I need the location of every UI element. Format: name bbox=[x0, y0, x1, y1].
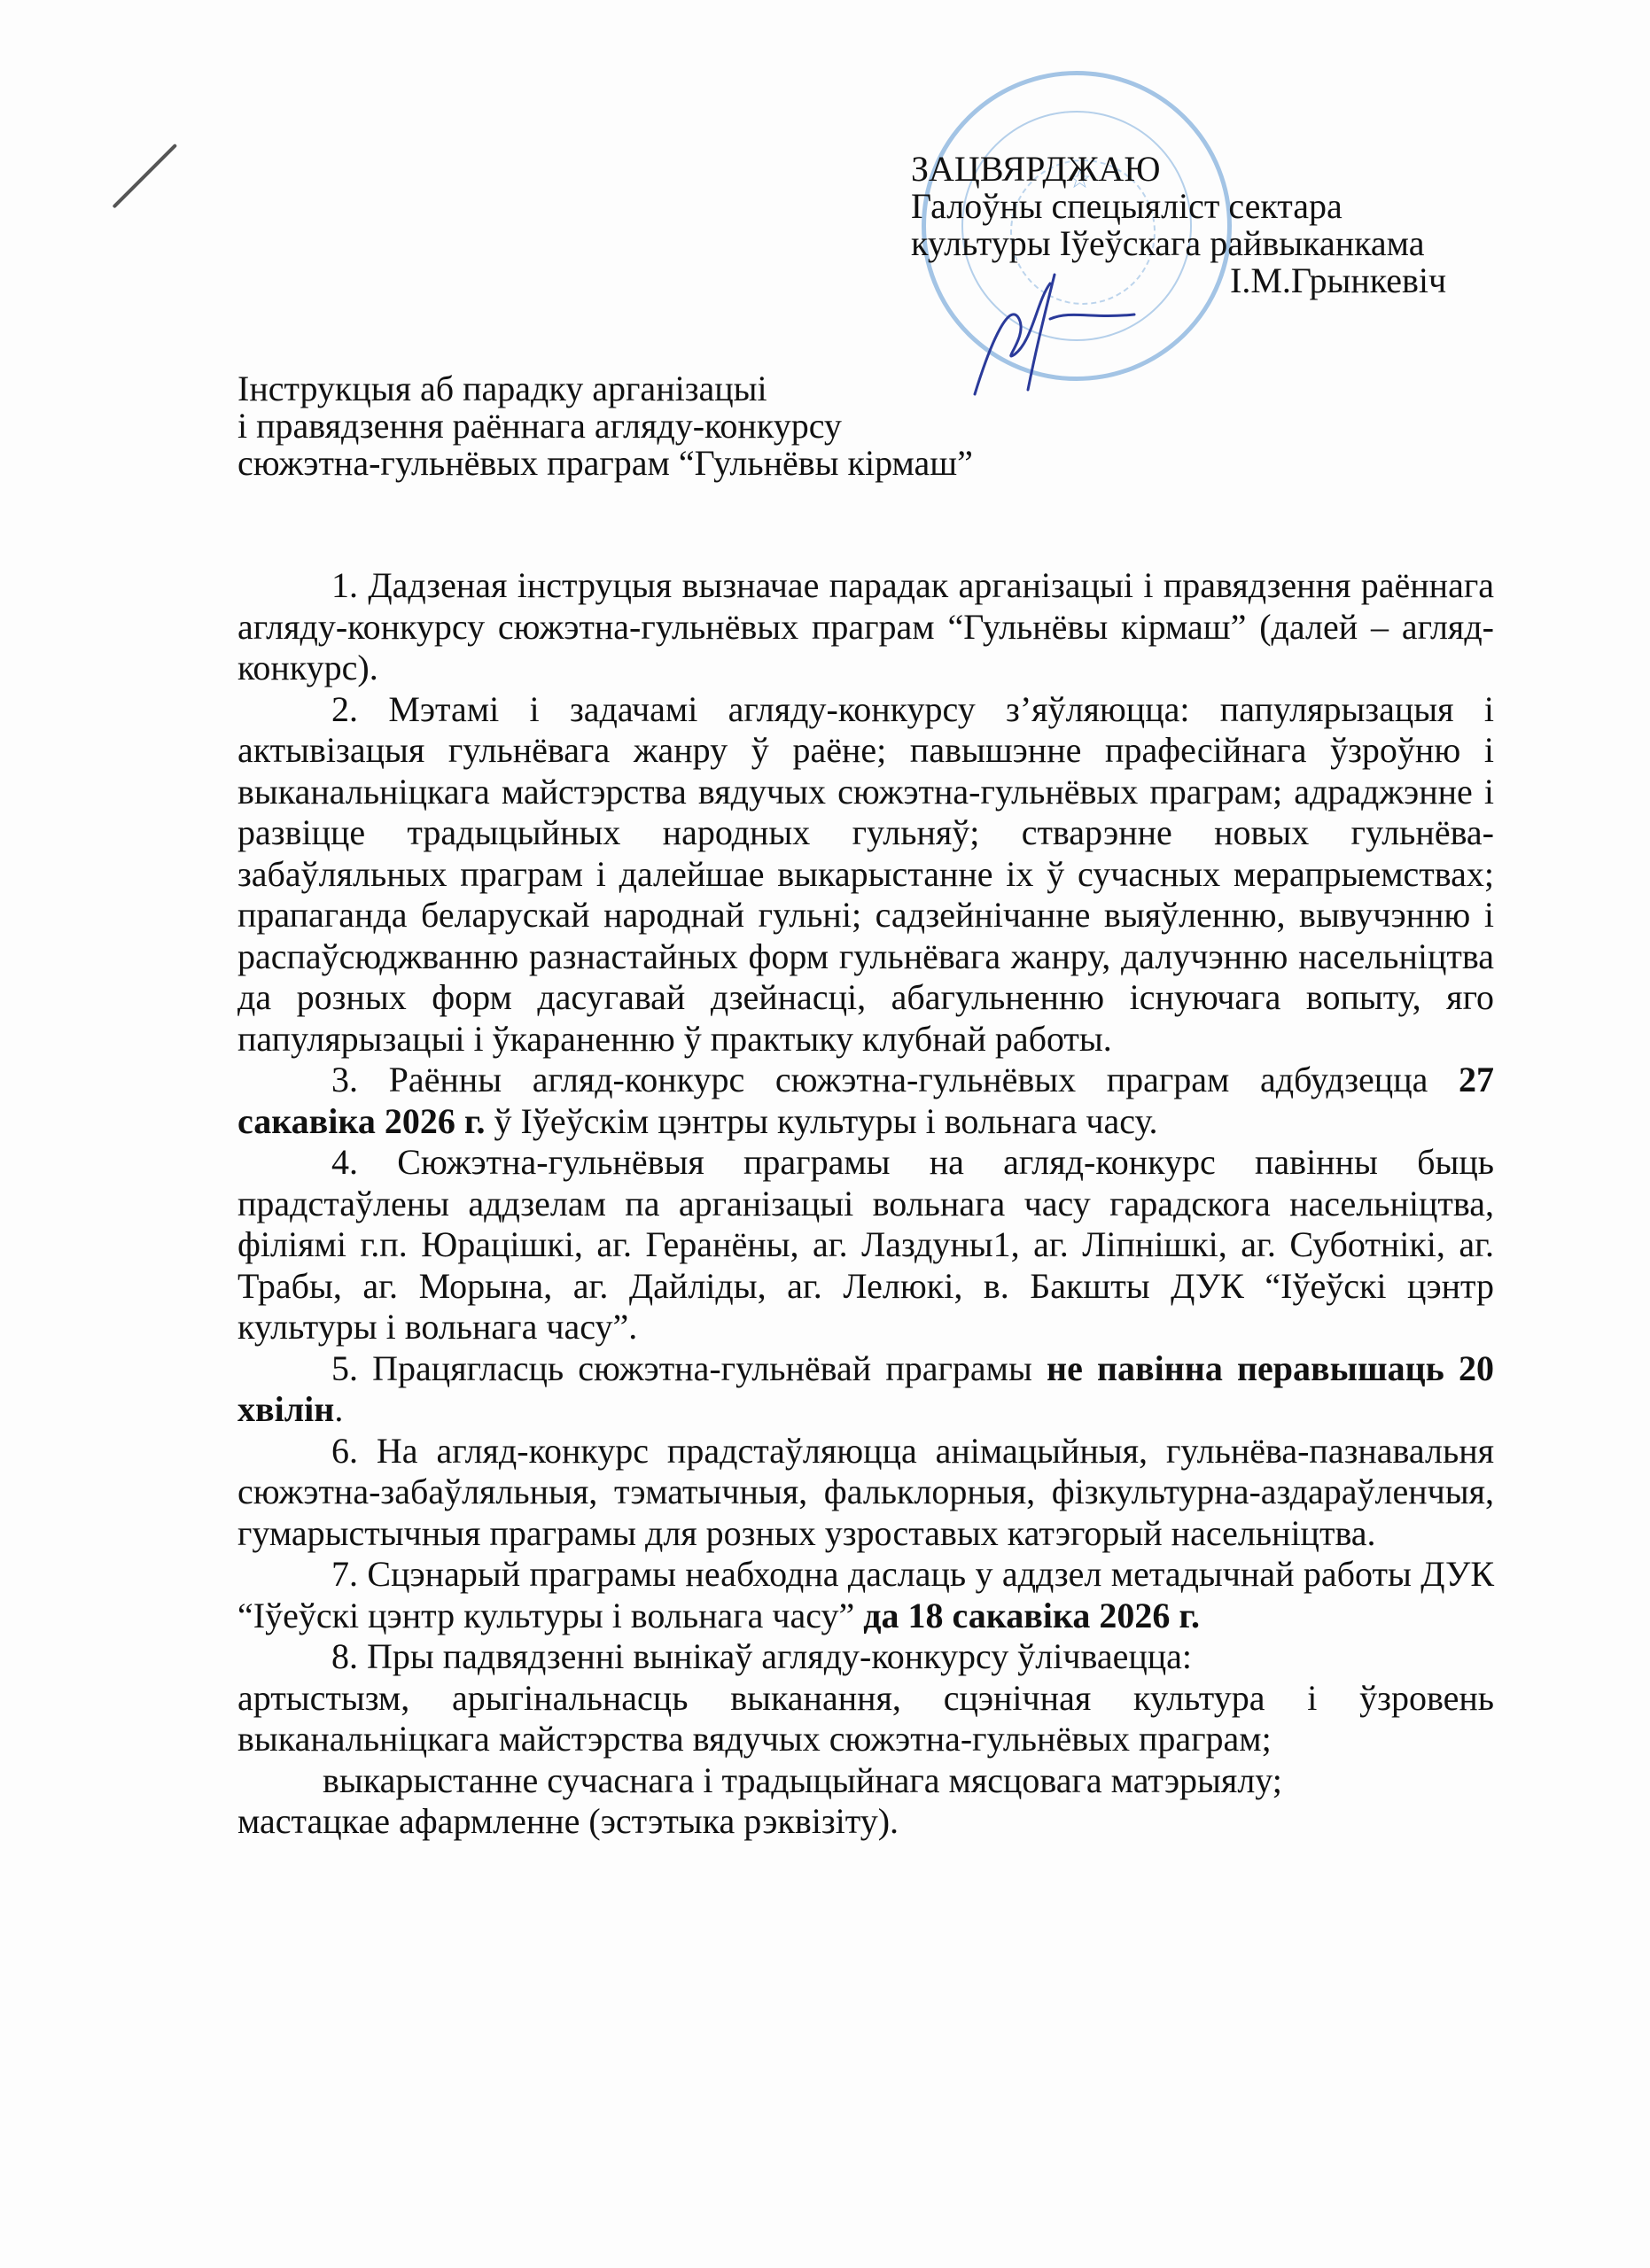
approval-block: ЗАЦВЯРДЖАЮ Галоўны спецыяліст сектара ку… bbox=[911, 151, 1446, 299]
criterion-2: выкарыстанне сучаснага і традыцыйнага мя… bbox=[237, 1760, 1494, 1802]
title-line-1: Інструкцыя аб парадку арганізацыі bbox=[237, 370, 973, 408]
document-page: ☆ ЗАЦВЯРДЖАЮ Галоўны спецыяліст сектара … bbox=[0, 0, 1650, 2268]
criterion-3: мастацкае афармленне (эстэтыка рэквізіту… bbox=[237, 1801, 1494, 1843]
item-1: 1. Дадзеная інструцыя вызначае парадак а… bbox=[237, 565, 1494, 689]
item-2: 2. Мэтамі і задачамі агляду-конкурсу з’я… bbox=[237, 689, 1494, 1060]
document-title: Інструкцыя аб парадку арганізацыі і прав… bbox=[237, 370, 973, 482]
item-4: 4. Сюжэтна-гульнёвыя праграмы на агляд-к… bbox=[237, 1142, 1494, 1348]
item-7-deadline: да 18 сакавіка 2026 г. bbox=[863, 1596, 1200, 1635]
item-7: 7. Сцэнарый праграмы неабходна даслаць у… bbox=[237, 1554, 1494, 1636]
approval-position-line2: культуры Іўеўскага райвыканкама bbox=[911, 225, 1446, 262]
title-line-3: сюжэтна-гульнёвых праграм “Гульнёвы кірм… bbox=[237, 445, 973, 482]
pen-mark bbox=[113, 144, 178, 209]
document-body: 1. Дадзеная інструцыя вызначае парадак а… bbox=[237, 565, 1494, 1843]
title-line-2: і правядзення раённага агляду-конкурсу bbox=[237, 408, 973, 445]
item-6: 6. На агляд-конкурс прадстаўляюцца аніма… bbox=[237, 1431, 1494, 1555]
item-3: 3. Раённы агляд-конкурс сюжэтна-гульнёвы… bbox=[237, 1060, 1494, 1142]
approval-heading: ЗАЦВЯРДЖАЮ bbox=[911, 151, 1446, 188]
approval-position-line1: Галоўны спецыяліст сектара bbox=[911, 188, 1446, 225]
approval-signatory-name: І.М.Грынкевіч bbox=[911, 262, 1446, 299]
criterion-1: артыстызм, арыгінальнасць выканання, сцэ… bbox=[237, 1678, 1494, 1760]
item-5: 5. Працягласць сюжэтна-гульнёвай праграм… bbox=[237, 1348, 1494, 1431]
item-8: 8. Пры падвядзенні вынікаў агляду-конкур… bbox=[237, 1636, 1494, 1678]
